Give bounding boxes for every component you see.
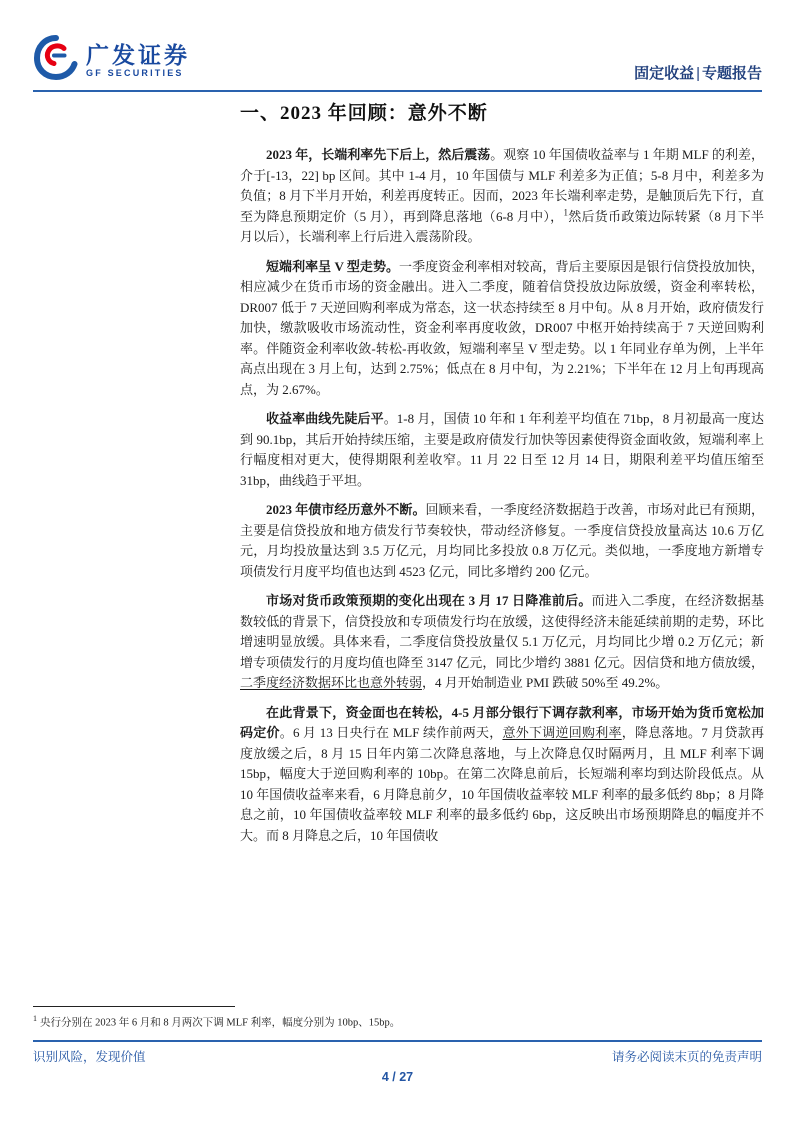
footnote-separator — [33, 1006, 235, 1007]
logo-name-en: GF SECURITIES — [86, 69, 190, 78]
footnote-body: 央行分别在 2023 年 6 月和 8 月两次下调 MLF 利率，幅度分别为 1… — [40, 1018, 400, 1029]
logo-name-cn: 广发证券 — [86, 43, 190, 67]
text-segment: 2023 年债市经历意外不断。 — [266, 502, 425, 517]
text-segment: 收益率曲线先陡后平 — [266, 411, 384, 426]
page-header: 广发证券 GF SECURITIES 固定收益|专题报告 — [33, 0, 762, 92]
body-paragraphs: 2023 年，长端利率先下后上，然后震荡。观察 10 年国债收益率与 1 年期 … — [240, 145, 764, 846]
report-type-label: 固定收益|专题报告 — [634, 62, 762, 86]
gf-logo-icon — [33, 35, 79, 86]
paragraph: 2023 年，长端利率先下后上，然后震荡。观察 10 年国债收益率与 1 年期 … — [240, 145, 764, 248]
text-segment: 2023 年，长端利率先下后上，然后震荡 — [266, 147, 490, 162]
text-segment: 。6 月 13 日央行在 MLF 续作前两天， — [280, 725, 503, 740]
footer-slogan: 识别风险，发现价值 — [33, 1047, 146, 1065]
text-segment: 短端利率呈 V 型走势。 — [266, 259, 399, 274]
footer-disclaimer: 请务必阅读末页的免责声明 — [612, 1047, 762, 1065]
paragraph: 市场对货币政策预期的变化出现在 3 月 17 日降准前后。而进入二季度，在经济数… — [240, 591, 764, 694]
footnote-block: 1央行分别在 2023 年 6 月和 8 月两次下调 MLF 利率，幅度分别为 … — [33, 1006, 762, 1031]
footnote-marker: 1 — [33, 1014, 37, 1023]
report-kind: 专题报告 — [702, 65, 762, 82]
company-logo: 广发证券 GF SECURITIES — [33, 35, 190, 86]
text-segment: ，降息落地。7 月贷款再度放缓之后，8 月 15 日年内第二次降息落地，与上次降… — [240, 725, 764, 843]
footer-row: 识别风险，发现价值 请务必阅读末页的免责声明 — [33, 1047, 762, 1065]
text-segment: 意外下调逆回购利率 — [502, 725, 621, 740]
report-page: 广发证券 GF SECURITIES 固定收益|专题报告 一、2023 年回顾：… — [0, 0, 794, 1123]
page-footer: 识别风险，发现价值 请务必阅读末页的免责声明 4 / 27 — [33, 1040, 762, 1084]
text-segment: 二季度经济数据环比也意外转弱 — [240, 675, 422, 690]
paragraph: 收益率曲线先陡后平。1-8 月，国债 10 年和 1 年利差平均值在 71bp，… — [240, 409, 764, 491]
main-content: 一、2023 年回顾：意外不断 2023 年，长端利率先下后上，然后震荡。观察 … — [240, 98, 764, 855]
footnote-text: 1央行分别在 2023 年 6 月和 8 月两次下调 MLF 利率，幅度分别为 … — [33, 1012, 762, 1031]
report-category: 固定收益 — [634, 65, 694, 82]
page-number: 4 / 27 — [33, 1070, 762, 1084]
paragraph: 在此背景下，资金面也在转松，4-5 月部分银行下调存款利率，市场开始为货币宽松加… — [240, 703, 764, 847]
paragraph: 短端利率呈 V 型走势。一季度资金利率相对较高，背后主要原因是银行信贷投放加快，… — [240, 257, 764, 401]
paragraph: 2023 年债市经历意外不断。回顾来看，一季度经济数据趋于改善，市场对此已有预期… — [240, 500, 764, 582]
logo-text: 广发证券 GF SECURITIES — [86, 43, 190, 79]
text-segment: 一季度资金利率相对较高，背后主要原因是银行信贷投放加快，相应减少在货币市场的资金… — [240, 259, 764, 397]
text-segment: ，4 月开始制造业 PMI 跌破 50%至 49.2%。 — [422, 675, 668, 690]
text-segment: 市场对货币政策预期的变化出现在 3 月 17 日降准前后。 — [266, 593, 592, 608]
report-type-separator: | — [696, 65, 700, 82]
section-title: 一、2023 年回顾：意外不断 — [240, 98, 764, 125]
